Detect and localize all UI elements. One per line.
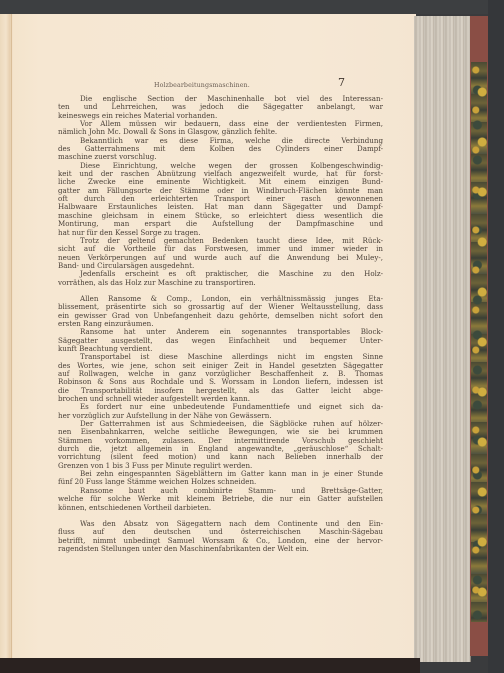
marbled-cover — [471, 62, 487, 622]
text-line: Montirung, man erspart die Aufstellung d… — [58, 220, 383, 228]
paragraph: Es fordert nur eine unbedeutende Fundame… — [58, 403, 383, 420]
backdrop-bottom — [0, 658, 420, 673]
text-line: Diese Einrichtung, welche wegen der gros… — [58, 162, 383, 170]
text-line: Grenzen von 1 bis 3 Fuss per Minute regu… — [58, 462, 383, 470]
text-line: neuen Verkörperungen auf und wurde auch … — [58, 254, 383, 262]
text-line: maschine gleichsam in einem Stücke, so e… — [58, 212, 383, 220]
paragraph: Bei zehn eingespannten Sägeblättern im G… — [58, 470, 383, 487]
text-line: Ransome baut auch combinirte Stamm- und … — [58, 487, 383, 495]
text-line: Allen Ransome & Comp., London, ein verhä… — [58, 295, 383, 303]
text-line: kunft Beachtung verdient. — [58, 345, 383, 353]
paragraph: Bekanntlich war es diese Firma, welche d… — [58, 137, 383, 162]
text-line: können, entschiedenen Vortheil darbieten… — [58, 504, 383, 512]
text-line: des Gatterrahmens mit dem Kolben des Cyl… — [58, 145, 383, 153]
text-line: vorräthen, als das Holz zur Maschine zu … — [58, 279, 383, 287]
text-line: Sägegatter ausgestellt, das wegen Einfac… — [58, 337, 383, 345]
text-line: betrifft, nimmt unbedingt Samuel Worssam… — [58, 537, 383, 545]
backdrop — [0, 0, 504, 14]
text-line: ein gewisser Grad von Unbefangenheit daz… — [58, 312, 383, 320]
text-line: ersten Rang einzuräumen. — [58, 320, 383, 328]
page-content: Holzbearbeitungsmaschinen. 7 Die englisc… — [58, 80, 383, 553]
paragraph: Transportabel ist diese Maschine allerdi… — [58, 353, 383, 403]
text-line: Halbwaare Erstaunliches leisten. Hat man… — [58, 203, 383, 211]
paragraph-gap — [58, 287, 383, 295]
text-line: Robinson & Sons aus Rochdale und S. Wors… — [58, 378, 383, 386]
text-line: gatter am Fällungsorte der Stämme oder i… — [58, 187, 383, 195]
backdrop-right — [488, 0, 504, 673]
text-line: Ransome hat unter Anderem ein sogenannte… — [58, 328, 383, 336]
page-number: 7 — [338, 79, 345, 87]
text-line: nämlich John Mc. Dowall & Sons in Glasgo… — [58, 128, 383, 136]
text-line: Stämmen vorkommen, zulassen. Der intermi… — [58, 437, 383, 445]
paragraph: Allen Ransome & Comp., London, ein verhä… — [58, 295, 383, 328]
text-line: brochen und schnell wieder aufgestellt w… — [58, 395, 383, 403]
text-line: her vorzüglich zur Aufstellung in der Nä… — [58, 412, 383, 420]
text-line: Band- und Circularsägen ausgedehnt. — [58, 262, 383, 270]
text-line: nen Eisenbahnkarren, welche seitliche Be… — [58, 428, 383, 436]
paragraph: Vor Allem müssen wir bedauern, dass eine… — [58, 120, 383, 137]
text-line: maschine zuerst vorschlug. — [58, 153, 383, 161]
paragraph: Jedenfalls erscheint es oft praktischer,… — [58, 270, 383, 287]
paragraph: Ransome hat unter Anderem ein sogenannte… — [58, 328, 383, 353]
text-line: Jedenfalls erscheint es oft praktischer,… — [58, 270, 383, 278]
paragraph: Der Gatterrahmen ist aus Schmiedeeisen, … — [58, 420, 383, 470]
text-line: oft durch den erleichterten Transport ei… — [58, 195, 383, 203]
text-line: Vor Allem müssen wir bedauern, dass eine… — [58, 120, 383, 128]
text-line: sicht auf die Vortheile für das Forstwes… — [58, 245, 383, 253]
paragraph: Ransome baut auch combinirte Stamm- und … — [58, 487, 383, 512]
text-line: die Transportabilität insofern hergestel… — [58, 387, 383, 395]
text-line: Bekanntlich war es diese Firma, welche d… — [58, 137, 383, 145]
text-line: Was den Absatz von Sägegattern nach dem … — [58, 520, 383, 528]
text-line: durch die, jetzt allgemein in England an… — [58, 445, 383, 453]
text-line: keineswegs ein reiches Material vorhande… — [58, 112, 383, 120]
body-text: Die englische Section der Maschinenhalle… — [58, 95, 383, 553]
text-line: auf Rollwagen, welche in ganz vorzüglich… — [58, 370, 383, 378]
text-line: vorrichtung (silent feed motion) und kan… — [58, 453, 383, 461]
running-title: Holzbearbeitungsmaschinen. — [154, 82, 250, 90]
text-line: welche für solche Werke mit kleinem Betr… — [58, 495, 383, 503]
text-line: fünf 20 Fuss lange Stämme weichen Holzes… — [58, 478, 383, 486]
text-line: ragendsten Stellungen unter den Maschine… — [58, 545, 383, 553]
text-line: Die englische Section der Maschinenhalle… — [58, 95, 383, 103]
text-line: blissement, präsentirte sich so grossart… — [58, 303, 383, 311]
text-line: Es fordert nur eine unbedeutende Fundame… — [58, 403, 383, 411]
text-line: Der Gatterrahmen ist aus Schmiedeeisen, … — [58, 420, 383, 428]
running-head: Holzbearbeitungsmaschinen. 7 — [58, 80, 383, 92]
paragraph: Die englische Section der Maschinenhalle… — [58, 95, 383, 120]
paragraph-gap — [58, 512, 383, 520]
text-line: Transportabel ist diese Maschine allerdi… — [58, 353, 383, 361]
text-line: ten und Lehrreichen, was jedoch die Säge… — [58, 103, 383, 111]
text-line: keit und der raschen Abnützung vielfach … — [58, 170, 383, 178]
paragraph: Was den Absatz von Sägegattern nach dem … — [58, 520, 383, 553]
text-line: liche Zwecke eine eminente Wichtigkeit. … — [58, 178, 383, 186]
page-gutter — [11, 14, 12, 664]
text-line: hat nur für den Kessel Sorge zu tragen. — [58, 229, 383, 237]
text-line: fluss auf den deutschen und österreichis… — [58, 528, 383, 536]
paragraph: Diese Einrichtung, welche wegen der gros… — [58, 162, 383, 237]
paragraph: Trotz der geltend gemachten Bedenken tau… — [58, 237, 383, 270]
text-line: Trotz der geltend gemachten Bedenken tau… — [58, 237, 383, 245]
page-edges — [414, 16, 471, 662]
text-line: des Wortes, wie jene, schon seit einiger… — [58, 362, 383, 370]
text-line: Bei zehn eingespannten Sägeblättern im G… — [58, 470, 383, 478]
